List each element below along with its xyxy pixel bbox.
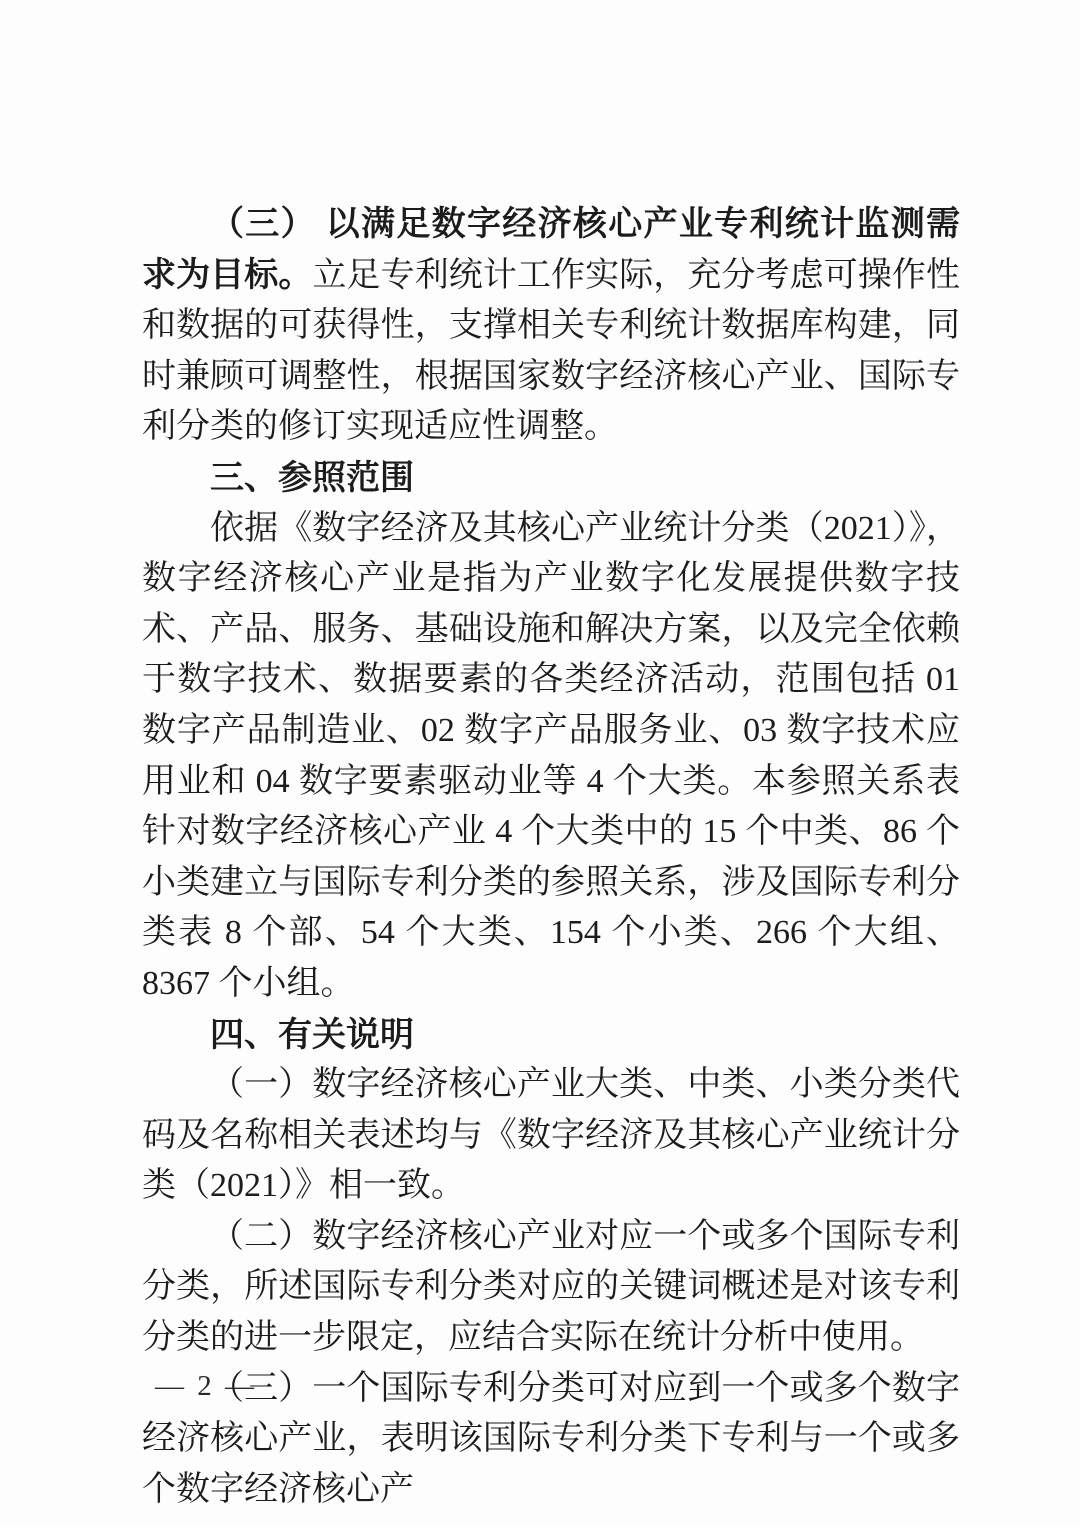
paragraph-note-2: （二）数字经济核心产业对应一个或多个国际专利分类，所述国际专利分类对应的关键词概… (142, 1212, 960, 1364)
document-body: （三） 以满足数字经济核心产业专利统计监测需求为目标。立足专利统计工作实际，充分… (142, 200, 960, 1515)
paragraph-note-1: （一）数字经济核心产业大类、中类、小类分类代码及名称相关表述均与《数字经济及其核… (142, 1060, 960, 1212)
heading-reference-scope: 三、参照范围 (142, 453, 960, 504)
paragraph-goal: （三） 以满足数字经济核心产业专利统计监测需求为目标。立足专利统计工作实际，充分… (142, 200, 960, 453)
paragraph-reference-scope: 依据《数字经济及其核心产业统计分类（2021）》，数字经济核心产业是指为产业数字… (142, 504, 960, 1010)
page-number: — 2 — (155, 1366, 257, 1406)
heading-notes: 四、有关说明 (142, 1010, 960, 1061)
document-page: （三） 以满足数字经济核心产业专利统计监测需求为目标。立足专利统计工作实际，充分… (0, 0, 1080, 1527)
paragraph-note-3: （三）一个国际专利分类可对应到一个或多个数字经济核心产业，表明该国际专利分类下专… (142, 1364, 960, 1516)
